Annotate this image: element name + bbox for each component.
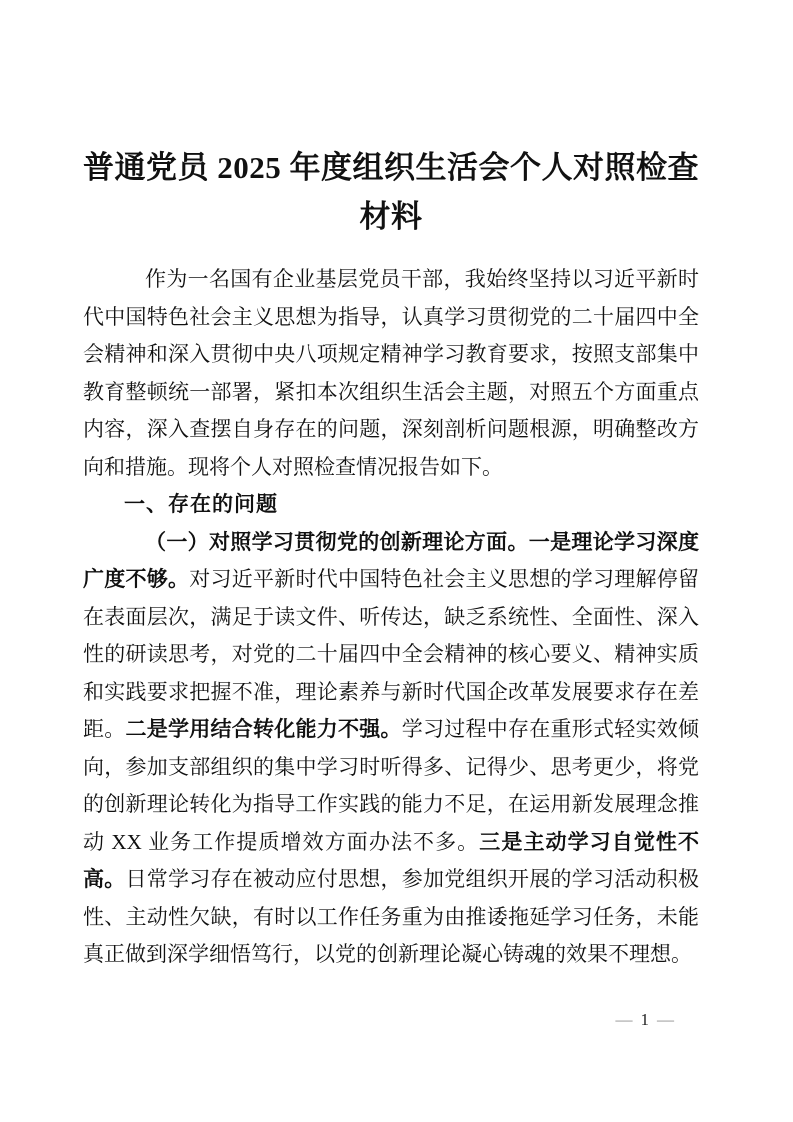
page-number-dash-right: —	[657, 1010, 674, 1029]
page-footer: —1—	[616, 1008, 675, 1032]
document-page: 普通党员 2025 年度组织生活会个人对照检查 材料 作为一名国有企业基层党员干…	[0, 0, 793, 1122]
text-run-kaiti-bold: （一）对照学习贯彻党的创新理论方面。	[145, 530, 529, 554]
page-title: 普通党员 2025 年度组织生活会个人对照检查 材料	[83, 143, 699, 241]
text-run-kaiti: 二是学用结合转化能力不强。	[126, 717, 402, 741]
text-run-normal: 作为一名国有企业基层党员干部，我始终坚持以习近平新时代中国特色社会主义思想为指导…	[83, 267, 699, 479]
page-title-line-1: 普通党员 2025 年度组织生活会个人对照检查	[83, 143, 699, 192]
text-run-normal: 对习近平新时代中国特色社会主义思想的学习理解停留在表面层次，满足于读文件、听传达…	[83, 567, 699, 741]
document-content: 普通党员 2025 年度组织生活会个人对照检查 材料 作为一名国有企业基层党员干…	[83, 143, 699, 974]
text-run-normal: 日常学习存在被动应付思想，参加党组织开展的学习活动积极性、主动性欠缺，有时以工作…	[83, 867, 699, 966]
page-number-dash-left: —	[616, 1010, 633, 1029]
section-paragraph-theory-study: （一）对照学习贯彻党的创新理论方面。一是理论学习深度广度不够。对习近平新时代中国…	[83, 524, 699, 974]
page-title-line-2: 材料	[83, 192, 699, 241]
intro-paragraph: 作为一名国有企业基层党员干部，我始终坚持以习近平新时代中国特色社会主义思想为指导…	[83, 261, 699, 486]
section-heading-problems: 一、存在的问题	[83, 486, 699, 524]
page-number: 1	[641, 1010, 650, 1029]
